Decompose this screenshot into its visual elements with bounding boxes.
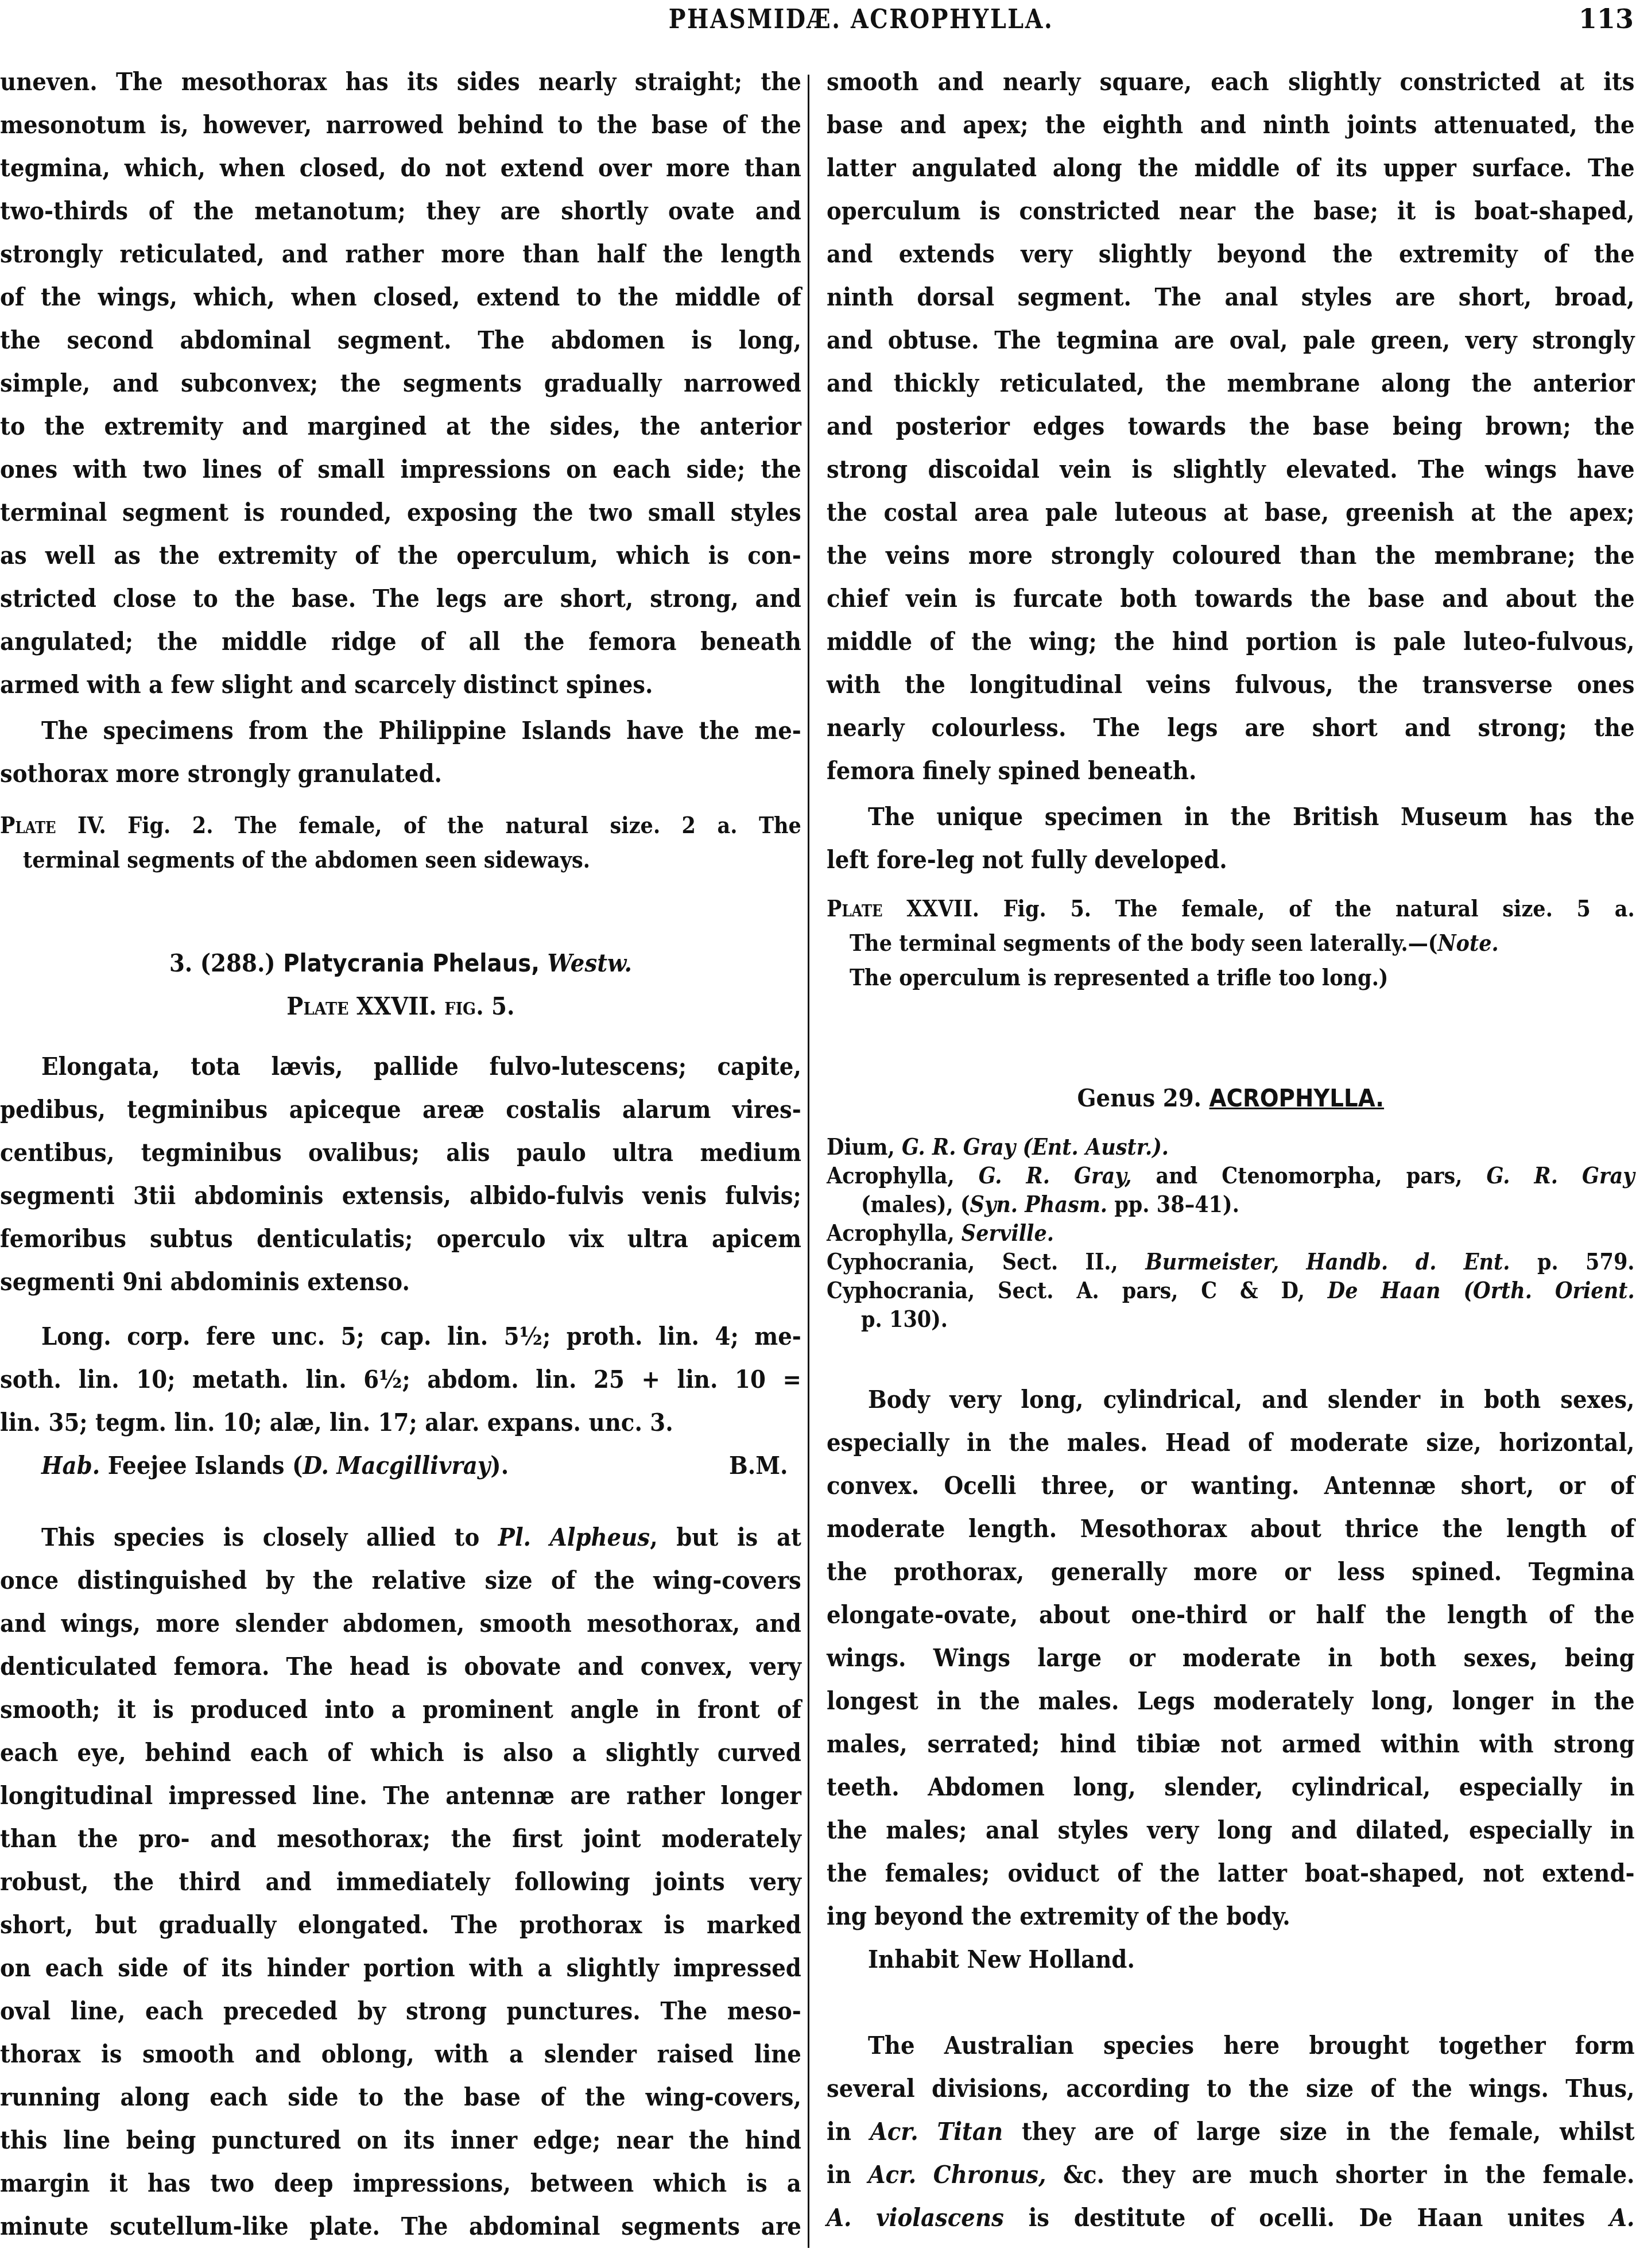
text-line: middle of the wing; the hind portion is …: [827, 625, 1635, 659]
synonym-reference: Syn. Phasm.: [970, 1191, 1107, 1218]
caption-italic-note: Note.: [1437, 930, 1498, 957]
habitat-locality: Feejee Islands (: [108, 1452, 303, 1480]
text-line: A. violascens is destitute of ocelli. De…: [827, 2201, 1635, 2235]
synonym-authority: G. R. Gray: [1487, 1163, 1635, 1189]
text-line: males, serrated; hind tibiæ not armed wi…: [827, 1727, 1635, 1762]
synonym-authority: G. R. Gray (Ent. Austr.).: [902, 1134, 1169, 1160]
text-line: Body very long, cylindrical, and slender…: [868, 1383, 1635, 1417]
text-span: , but is at: [650, 1523, 801, 1552]
text-line: The unique specimen in the British Museu…: [868, 800, 1635, 834]
text-line: mesonotum is, however, narrowed behind t…: [0, 108, 801, 142]
text-line: running along each side to the base of t…: [0, 2080, 801, 2115]
text-line: The specimens from the Philippine Island…: [41, 714, 801, 748]
text-line: nearly colourless. The legs are short an…: [827, 711, 1635, 745]
text-line: chief vein is furcate both towards the b…: [827, 582, 1635, 616]
habitat-line: Hab. Feejee Islands (D. Macgillivray).: [41, 1449, 801, 1483]
text-line: stricted close to the base. The legs are…: [0, 582, 801, 616]
text-line: latter angulated along the middle of its…: [827, 151, 1635, 185]
habitat-collector: D. Macgillivray: [303, 1452, 490, 1480]
text-line: this line being punctured on its inner e…: [0, 2123, 801, 2158]
text-line: once distinguished by the relative size …: [0, 1563, 801, 1598]
caption-line: The terminal segments of the body seen l…: [850, 926, 1636, 961]
text-line: robust, the third and immediately follow…: [0, 1865, 801, 1899]
caption-text: Fig. 2. The female, of the natural size.…: [127, 812, 801, 839]
caption-line: The operculum is represented a trifle to…: [850, 961, 1636, 995]
text-line: ing beyond the extremity of the body.: [827, 1899, 1635, 1934]
text-line: and extends very slightly beyond the ext…: [827, 237, 1635, 272]
text-span: in: [827, 2161, 868, 2189]
text-line: as well as the extremity of the operculu…: [0, 539, 801, 573]
text-line: denticulated femora. The head is obovate…: [0, 1650, 801, 1684]
text-line: centibus, tegminibus ovalibus; alis paul…: [0, 1136, 801, 1170]
text-line: the costal area pale luteous at base, gr…: [827, 496, 1635, 530]
synonym-name: and Ctenomorpha, pars,: [1131, 1163, 1486, 1189]
text-span: is destitute of ocelli. De Haan unites: [1004, 2204, 1610, 2232]
text-line: smooth; it is produced into a prominent …: [0, 1693, 801, 1727]
genus-heading: Genus 29. ACROPHYLLA.: [827, 1081, 1635, 1116]
text-line: than the pro- and mesothorax; the first …: [0, 1822, 801, 1856]
synonym-authority: Serville.: [962, 1220, 1054, 1247]
species-title: 3. (288.) Platycrania Phelaus, Westw.: [0, 946, 801, 981]
text-line: the prothorax, generally more or less sp…: [827, 1555, 1635, 1589]
text-span: This species is closely allied to: [41, 1523, 498, 1552]
text-line: longest in the males. Legs moderately lo…: [827, 1684, 1635, 1719]
caption-line: Plate XXVII. Fig. 5. The female, of the …: [827, 892, 1635, 926]
text-line: the veins more strongly coloured than th…: [827, 539, 1635, 573]
text-line: and obtuse. The tegmina are oval, pale g…: [827, 323, 1635, 358]
text-line: longitudinal impressed line. The antennæ…: [0, 1779, 801, 1813]
text-line: strongly reticulated, and rather more th…: [0, 237, 801, 272]
habitat-label: Hab.: [41, 1452, 100, 1480]
text-line: oval line, each preceded by strong punct…: [0, 1994, 801, 2029]
italic-species-ref: Acr. Chronus,: [868, 2161, 1046, 2189]
text-line: soth. lin. 10; metath. lin. 6½; abdom. l…: [0, 1363, 801, 1397]
text-line: simple, and subconvex; the segments grad…: [0, 366, 801, 401]
text-line: armed with a few slight and scarcely dis…: [0, 668, 801, 702]
text-line: femoribus subtus denticulatis; operculo …: [0, 1222, 801, 1256]
caption-line: Plate IV. Fig. 2. The female, of the nat…: [0, 808, 801, 843]
text-line: left fore-leg not fully developed.: [827, 843, 1635, 877]
synonym-name: Dium,: [827, 1134, 902, 1160]
text-line: with the longitudinal veins fulvous, the…: [827, 668, 1635, 702]
text-line: the males; anal styles very long and dil…: [827, 1813, 1635, 1848]
italic-species-ref: Pl. Alpheus: [498, 1523, 650, 1552]
text-line: on each side of its hinder portion with …: [0, 1951, 801, 1986]
plate-label: Plate IV.: [0, 812, 106, 839]
synonym-pages: pp. 38–41).: [1107, 1191, 1239, 1218]
synonym-name: Acrophylla,: [827, 1163, 979, 1189]
text-line: uneven. The mesothorax has its sides nea…: [0, 65, 801, 99]
text-line: Long. corp. fere unc. 5; cap. lin. 5½; p…: [41, 1319, 801, 1354]
text-span: &c. they are much shorter in the female.: [1046, 2161, 1635, 2189]
text-line: segmenti 9ni abdominis extenso.: [0, 1265, 801, 1299]
species-name: Platycrania Phelaus,: [283, 949, 540, 978]
text-line: minute scutellum-like plate. The abdomin…: [0, 2209, 801, 2244]
text-line: short, but gradually elongated. The prot…: [0, 1908, 801, 1942]
text-line: Elongata, tota lævis, pallide fulvo-lute…: [41, 1050, 801, 1084]
text-line: wings. Wings large or moderate in both s…: [827, 1641, 1635, 1675]
text-line: The Australian species here brought toge…: [868, 2029, 1635, 2063]
text-line: margin it has two deep impressions, betw…: [0, 2166, 801, 2201]
text-line: convex. Ocelli three, or wanting. Antenn…: [827, 1469, 1635, 1503]
column-divider: [808, 75, 809, 2248]
text-line: segmenti 3tii abdominis extensis, albido…: [0, 1179, 801, 1213]
text-line: the females; oviduct of the latter boat-…: [827, 1856, 1635, 1891]
italic-species-ref: A.: [1610, 2204, 1635, 2232]
text-line: teeth. Abdomen long, slender, cylindrica…: [827, 1770, 1635, 1805]
text-line: smooth and nearly square, each slightly …: [827, 65, 1635, 99]
caption-text: The terminal segments of the body seen l…: [850, 930, 1437, 957]
synonym-name: Cyphocrania, Sect. A. pars, C & D,: [827, 1278, 1328, 1304]
synonym-authority: G. R. Gray,: [979, 1163, 1132, 1189]
text-line: ninth dorsal segment. The anal styles ar…: [827, 280, 1635, 315]
text-line: especially in the males. Head of moderat…: [827, 1426, 1635, 1460]
text-line: each eye, behind each of which is also a…: [0, 1736, 801, 1770]
species-plate-ref: Plate XXVII. fig. 5.: [0, 989, 801, 1024]
genus-habitat: Inhabit New Holland.: [868, 1942, 1635, 1977]
text-line: several divisions, according to the size…: [827, 2072, 1635, 2106]
text-line: terminal segment is rounded, exposing th…: [0, 496, 801, 530]
synonym-entry: p. 130).: [861, 1302, 1636, 1337]
text-line: and thickly reticulated, the membrane al…: [827, 366, 1635, 401]
text-line: elongate-ovate, about one-third or half …: [827, 1598, 1635, 1632]
collection-code: B.M.: [729, 1449, 788, 1483]
italic-species-ref: A. violascens: [827, 2204, 1004, 2232]
text-line: in Acr. Titan they are of large size in …: [827, 2115, 1635, 2149]
text-line: angulated; the middle ridge of all the f…: [0, 625, 801, 659]
text-line: femora finely spined beneath.: [827, 754, 1635, 788]
text-line: operculum is constricted near the base; …: [827, 194, 1635, 229]
genus-name: ACROPHYLLA.: [1209, 1084, 1385, 1113]
italic-species-ref: Acr. Titan: [870, 2118, 1003, 2146]
synonym-authority: De Haan (Orth. Orient.: [1328, 1278, 1635, 1304]
text-line: lin. 35; tegm. lin. 10; alæ, lin. 17; al…: [0, 1406, 801, 1440]
running-title: PHASMIDÆ. ACROPHYLLA.: [614, 3, 1108, 34]
text-line: the second abdominal segment. The abdome…: [0, 323, 801, 358]
text-line: base and apex; the eighth and ninth join…: [827, 108, 1635, 142]
species-author: Westw.: [547, 949, 631, 978]
text-line: strong discoidal vein is slightly elevat…: [827, 452, 1635, 487]
synonym-name: (males), (: [861, 1191, 970, 1218]
text-line: tegmina, which, when closed, do not exte…: [0, 151, 801, 185]
caption-text: Fig. 5. The female, of the natural size.…: [1003, 896, 1635, 922]
text-line: and wings, more slender abdomen, smooth …: [0, 1607, 801, 1641]
caption-line: terminal segments of the abdomen seen si…: [23, 843, 824, 877]
page-number: 113: [1579, 3, 1634, 34]
synonym-name: Acrophylla,: [827, 1220, 962, 1247]
book-page: PHASMIDÆ. ACROPHYLLA. 113 uneven. The me…: [0, 0, 1636, 2268]
text-line: and posterior edges towards the base bei…: [827, 409, 1635, 444]
text-line: of the wings, which, when closed, extend…: [0, 280, 801, 315]
text-line: to the extremity and margined at the sid…: [0, 409, 801, 444]
species-number: 3. (288.): [169, 949, 276, 978]
page-header: PHASMIDÆ. ACROPHYLLA. 113: [0, 0, 1636, 46]
synonym-name: Cyphocrania, Sect. II.,: [827, 1249, 1145, 1275]
habitat-close: ).: [490, 1452, 509, 1480]
plate-label: Plate XXVII.: [827, 896, 979, 922]
genus-number: Genus 29.: [1077, 1084, 1202, 1113]
text-line: two-thirds of the metanotum; they are sh…: [0, 194, 801, 229]
synonym-pages: p. 579.: [1510, 1249, 1635, 1275]
text-span: in: [827, 2118, 870, 2146]
text-line: ones with two lines of small impressions…: [0, 452, 801, 487]
text-line: thorax is smooth and oblong, with a slen…: [0, 2037, 801, 2072]
text-span: they are of large size in the female, wh…: [1003, 2118, 1635, 2146]
text-line: in Acr. Chronus, &c. they are much short…: [827, 2158, 1635, 2192]
text-line: moderate length. Mesothorax about thrice…: [827, 1512, 1635, 1546]
text-line: This species is closely allied to Pl. Al…: [41, 1520, 801, 1555]
text-line: sothorax more strongly granulated.: [0, 757, 801, 791]
synonym-authority: Burmeister, Handb. d. Ent.: [1145, 1249, 1510, 1275]
text-line: pedibus, tegminibus apiceque areæ costal…: [0, 1093, 801, 1127]
